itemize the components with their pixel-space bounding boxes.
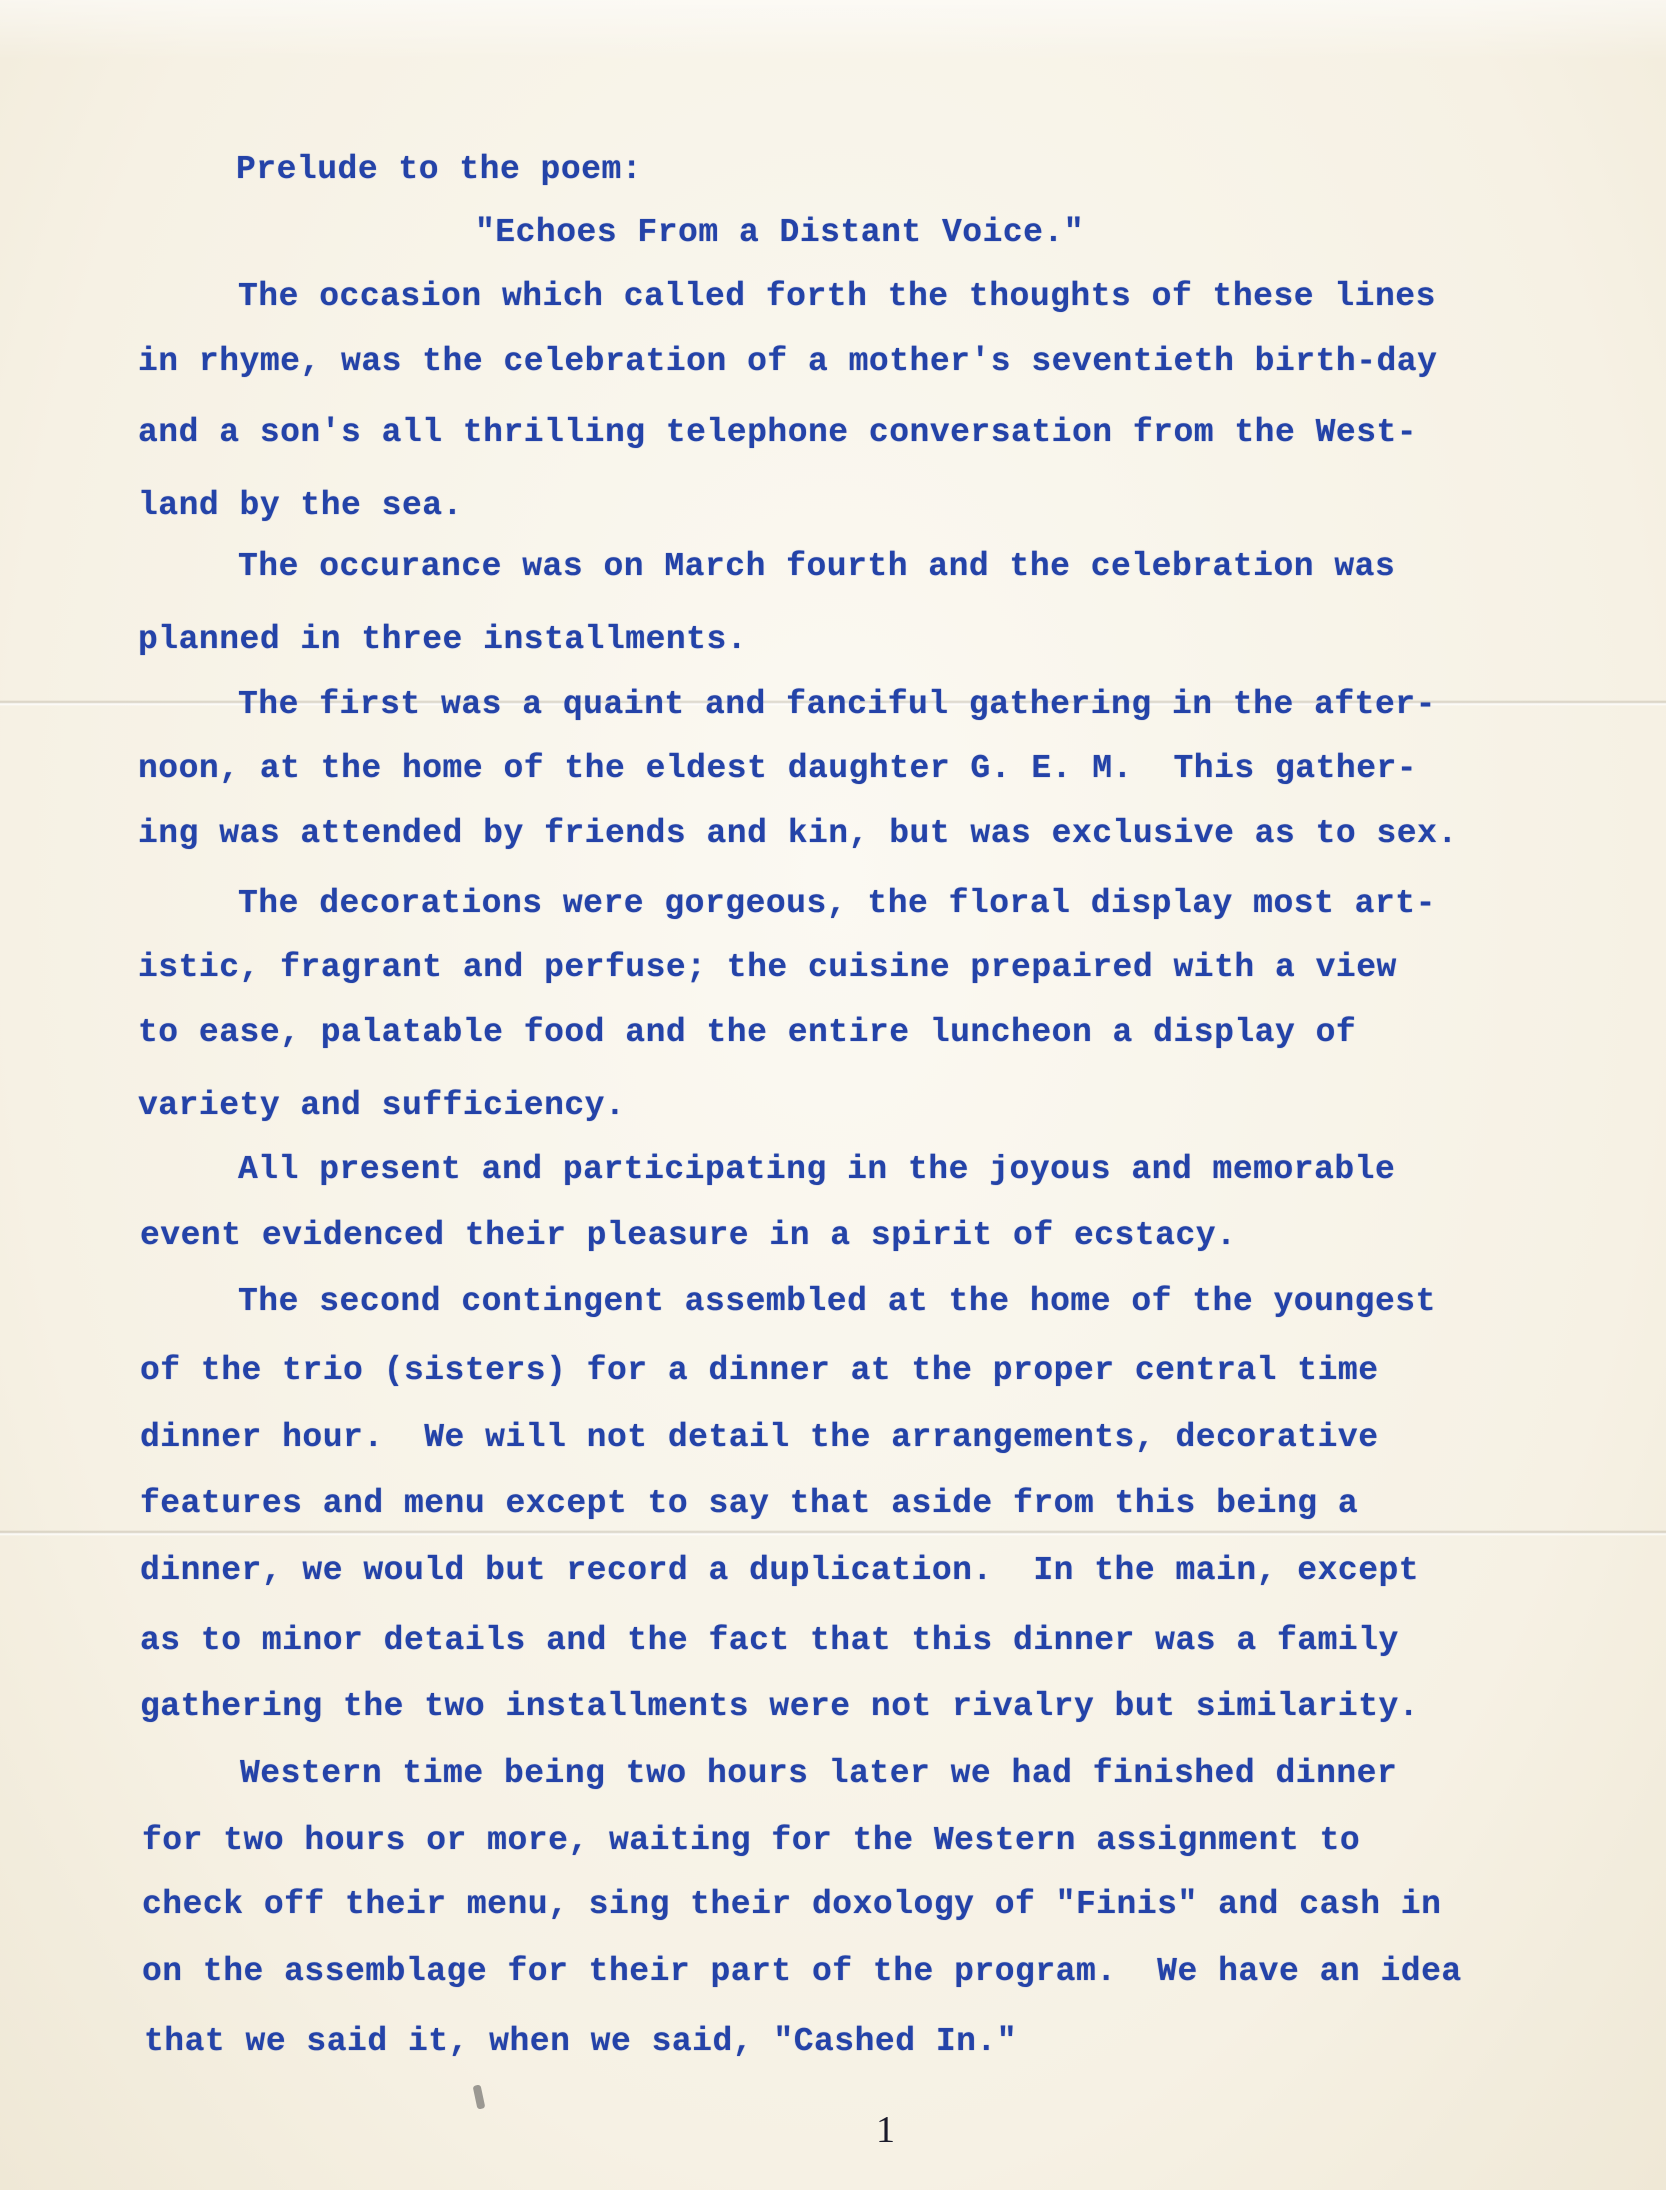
text-line: All present and participating in the joy…	[238, 1150, 1395, 1190]
text-line: of the trio (sisters) for a dinner at th…	[140, 1351, 1379, 1391]
text-line: in rhyme, was the celebration of a mothe…	[138, 342, 1437, 382]
text-line: as to minor details and the fact that th…	[140, 1621, 1399, 1661]
text-line: on the assemblage for their part of the …	[142, 1952, 1462, 1992]
prelude-heading: Prelude to the poem:	[236, 150, 642, 190]
text-line: The decorations were gorgeous, the flora…	[238, 884, 1436, 924]
text-line: dinner hour. We will not detail the arra…	[140, 1418, 1379, 1458]
text-line: gathering the two installments were not …	[140, 1687, 1419, 1727]
paper-fold-lower	[0, 1530, 1666, 1536]
text-line: check off their menu, sing their doxolog…	[142, 1885, 1441, 1925]
text-line: Western time being two hours later we ha…	[240, 1754, 1397, 1794]
text-line: noon, at the home of the eldest daughter…	[138, 749, 1417, 789]
text-line: land by the sea.	[138, 486, 463, 526]
text-line: dinner, we would but record a duplicatio…	[140, 1551, 1419, 1591]
poem-title: "Echoes From a Distant Voice."	[475, 213, 1084, 253]
text-line: that we said it, when we said, "Cashed I…	[144, 2022, 1017, 2062]
text-line: The occasion which called forth the thou…	[238, 277, 1436, 317]
text-line: for two hours or more, waiting for the W…	[142, 1821, 1360, 1861]
text-line: The second contingent assembled at the h…	[238, 1282, 1436, 1322]
text-line: variety and sufficiency.	[138, 1086, 625, 1126]
text-line: The first was a quaint and fanciful gath…	[238, 685, 1436, 725]
text-line: and a son's all thrilling telephone conv…	[138, 413, 1417, 453]
text-line: istic, fragrant and perfuse; the cuisine…	[138, 948, 1397, 988]
text-line: planned in three installments.	[138, 620, 747, 660]
text-line: to ease, palatable food and the entire l…	[138, 1013, 1356, 1053]
text-line: event evidenced their pleasure in a spir…	[140, 1216, 1236, 1256]
text-line: ing was attended by friends and kin, but…	[138, 814, 1458, 854]
page-number: 1	[876, 2108, 895, 2152]
text-line: The occurance was on March fourth and th…	[238, 547, 1395, 587]
text-line: features and menu except to say that asi…	[140, 1484, 1358, 1524]
